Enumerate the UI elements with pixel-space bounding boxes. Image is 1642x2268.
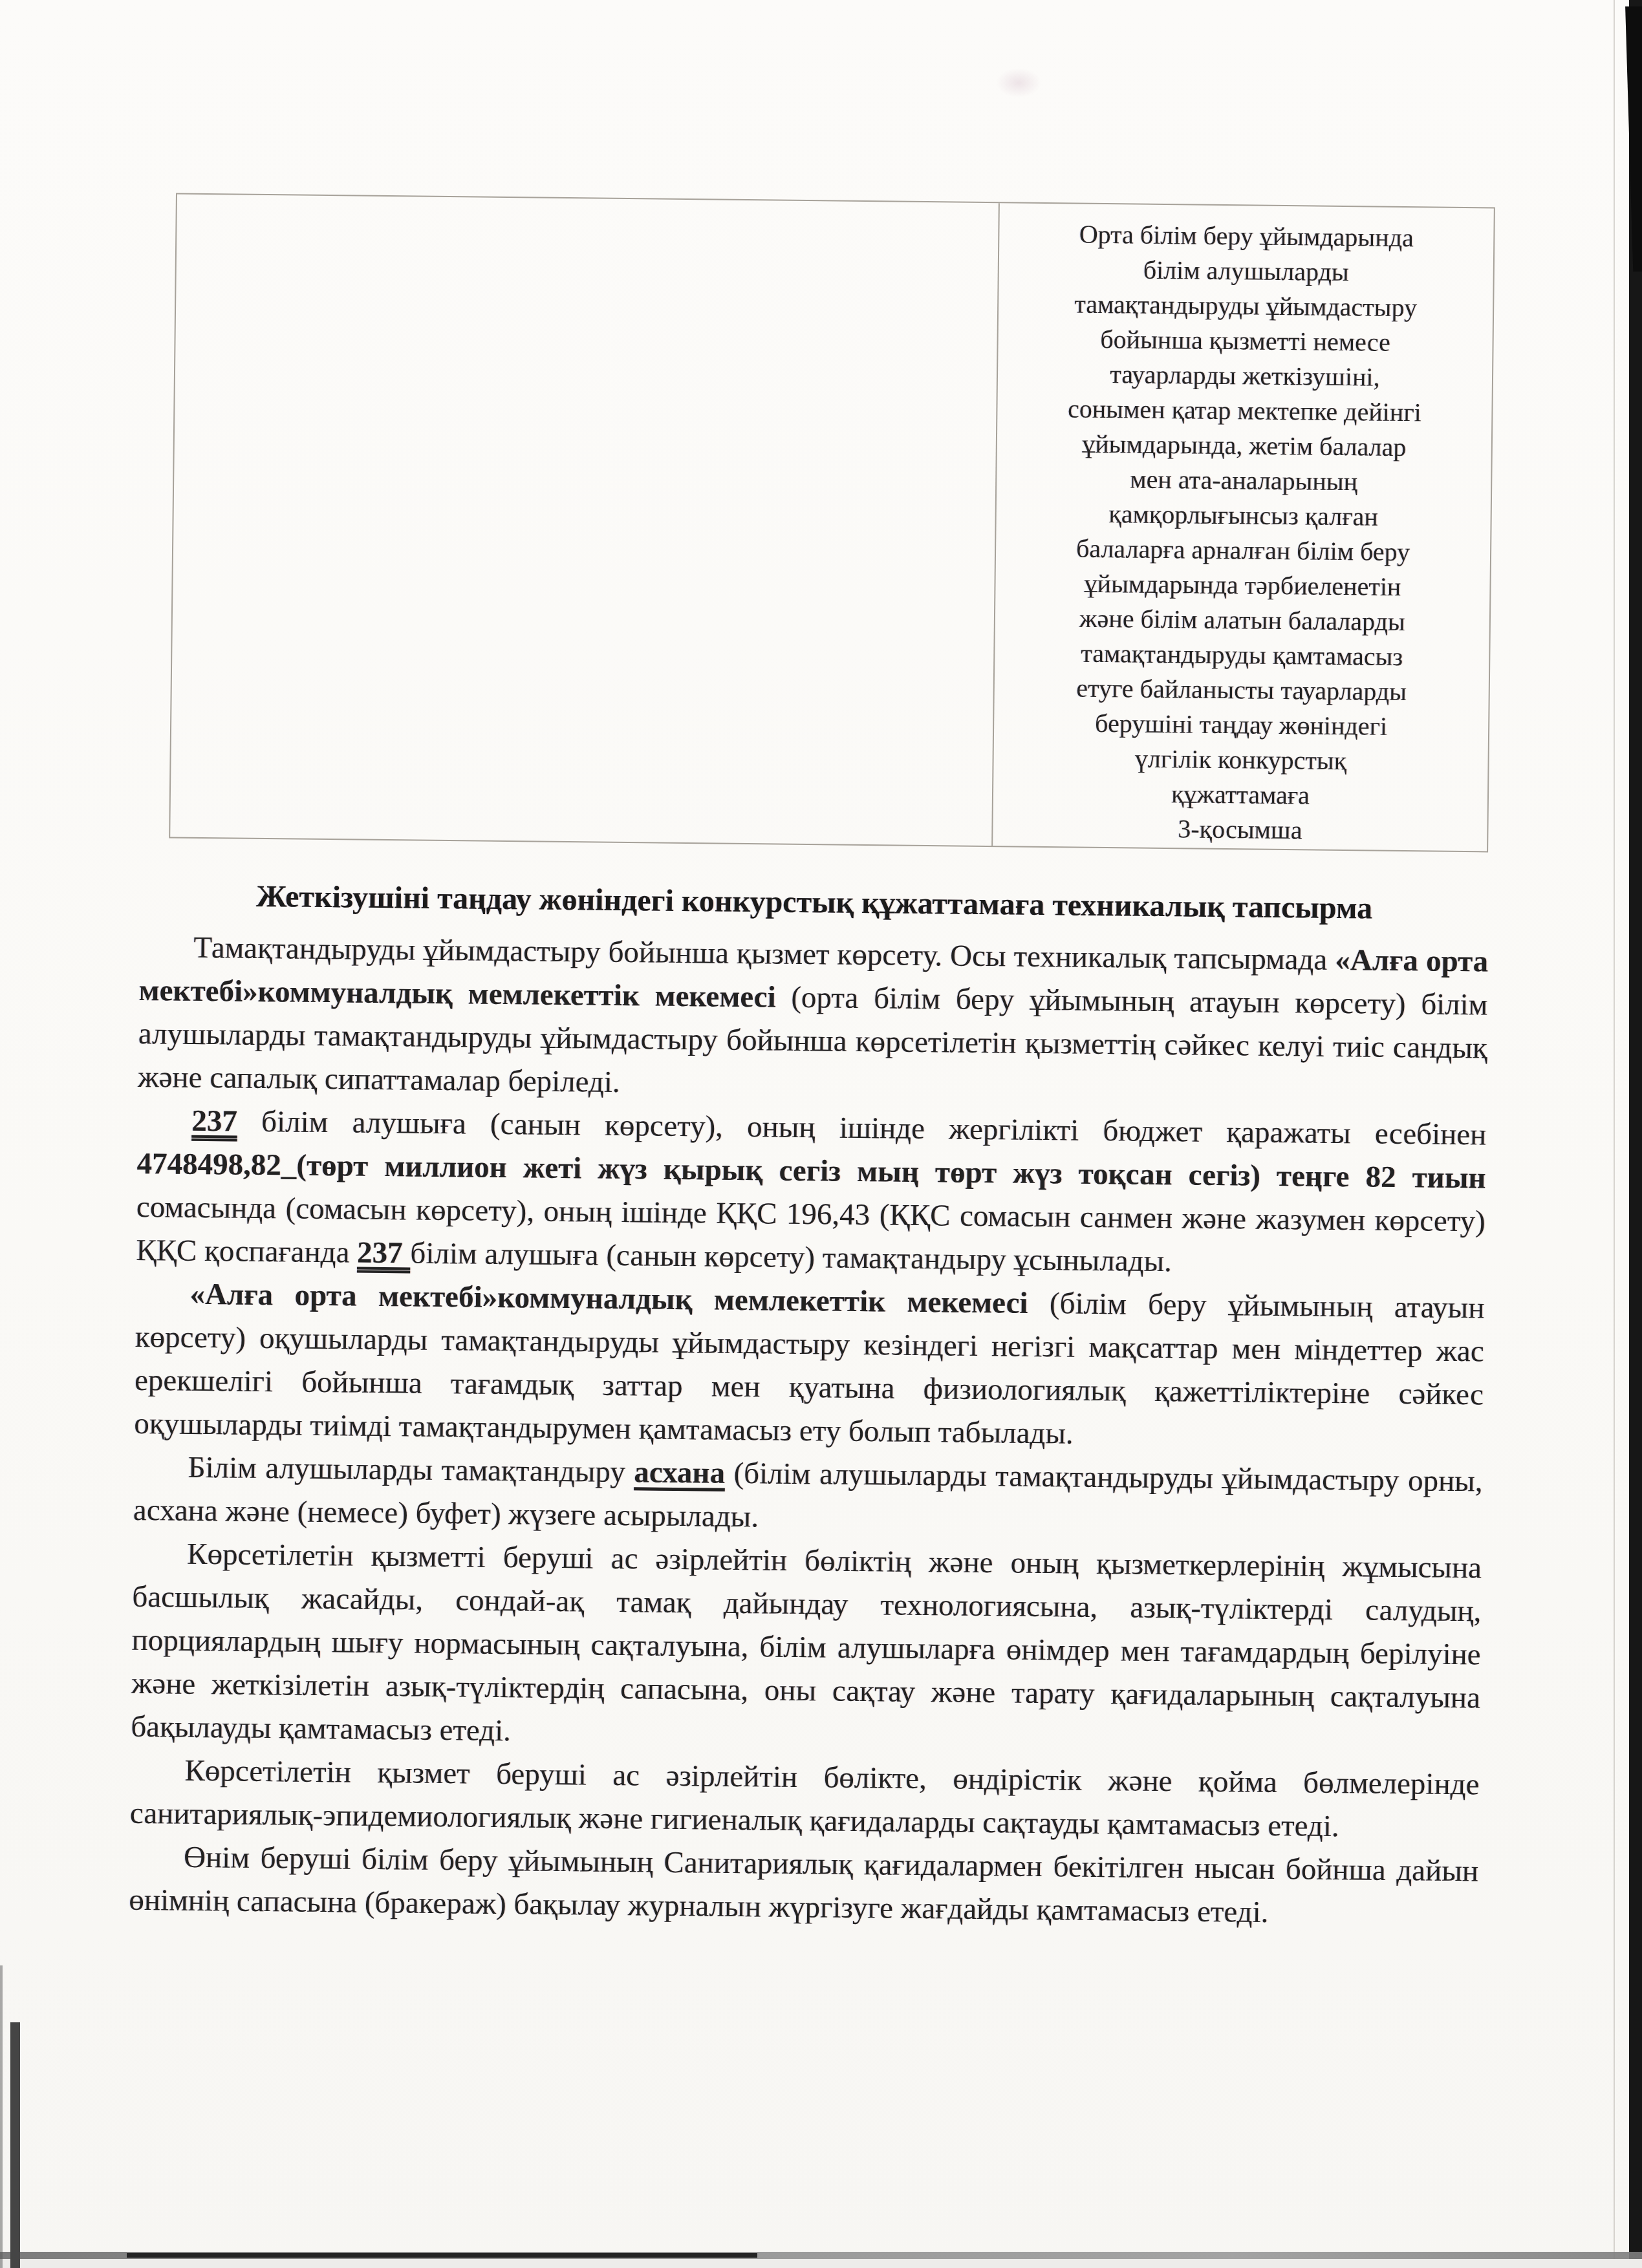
emphasized-text: асхана — [634, 1455, 725, 1490]
appendix-table-empty-cell — [170, 194, 1000, 846]
appendix-note-line: ұйымдарында, жетім балалар — [1014, 426, 1475, 466]
scanner-edge-left-strip — [10, 2022, 20, 2268]
text-run: Көрсетілетін қызмет беруші ас әзірлейтін… — [130, 1754, 1480, 1843]
paragraph: Тамақтандыруды ұйымдастыру бойынша қызме… — [138, 926, 1489, 1114]
scanner-bottom-left-line — [127, 2253, 757, 2258]
paragraph: «Алға орта мектебі»коммуналдық мемлекетт… — [134, 1272, 1485, 1460]
text-run: білім алушыға (санын көрсету), оның ішін… — [237, 1105, 1487, 1152]
appendix-note-line: сонымен қатар мектепке дейінгі — [1014, 391, 1475, 431]
text-run: Білім алушыларды тамақтандыру — [188, 1451, 634, 1489]
appendix-note-line: білім алушыларды — [1016, 251, 1477, 292]
text-run: Тамақтандыруды ұйымдастыру бойынша қызме… — [193, 931, 1335, 977]
scan-smudge — [996, 68, 1041, 98]
appendix-note-line: тамақтандыруды ұйымдастыру — [1015, 286, 1476, 326]
appendix-note-line: қамқорлығынсыз қалған — [1013, 496, 1474, 536]
emphasized-text: 237 — [357, 1236, 411, 1270]
appendix-note-line: тауарларды жеткізушіні, — [1015, 356, 1476, 396]
appendix-note: Орта білім беру ұйымдарындабілім алушыла… — [993, 203, 1494, 851]
scanner-edge-left-faint — [0, 1965, 3, 2268]
appendix-note-line: ұйымдарында тәрбиеленетін — [1012, 566, 1473, 606]
scanner-edge-bottom-pale — [0, 2259, 1642, 2268]
text-run: Көрсетілетін қызметті беруші ас әзірлейт… — [131, 1537, 1482, 1748]
appendix-note-line: етуге байланысты тауарларды — [1011, 670, 1473, 711]
scanner-edge-right — [1629, 0, 1642, 2268]
appendix-note-line: Орта білім беру ұйымдарында — [1016, 217, 1477, 257]
appendix-note-line: құжаттамаға — [1010, 775, 1471, 815]
appendix-note-line: бойынша қызметті немесе — [1015, 321, 1476, 361]
emphasized-text: 237 — [191, 1104, 237, 1139]
paper-edge-line — [1614, 0, 1615, 2268]
paragraph: 237 білім алушыға (санын көрсету), оның … — [136, 1099, 1487, 1287]
appendix-note-line: және білім алатын балаларды — [1012, 601, 1473, 641]
appendix-note-line: үлгілік конкурстық — [1010, 740, 1471, 780]
paragraph: Білім алушыларды тамақтандыру асхана (бі… — [133, 1446, 1483, 1547]
paragraph: Өнім беруші білім беру ұйымының Санитари… — [129, 1835, 1478, 1937]
emphasized-text: «Алға орта мектебі»коммуналдық мемлекетт… — [189, 1278, 1050, 1320]
appendix-note-line: балаларға арналған білім беру — [1013, 531, 1474, 571]
appendix-note-line: берушіні таңдау жөніндегі — [1011, 705, 1472, 745]
paragraph: Көрсетілетін қызметті беруші ас әзірлейт… — [131, 1532, 1482, 1764]
document-content: Орта білім беру ұйымдарындабілім алушыла… — [129, 193, 1496, 1936]
emphasized-text: 4748498,82_(төрт миллион жеті жүз қырық … — [136, 1147, 1485, 1195]
text-run: білім алушыға (санын көрсету) тамақтанды… — [410, 1236, 1172, 1278]
appendix-note-line: 3-қосымша — [1010, 809, 1471, 850]
document-title: Жеткізушіні таңдау жөніндегі конкурстық … — [140, 877, 1489, 929]
body-paragraphs: Тамақтандыруды ұйымдастыру бойынша қызме… — [129, 926, 1489, 1936]
text-run: Өнім беруші білім беру ұйымының Санитари… — [129, 1841, 1478, 1929]
appendix-note-line: мен ата-аналарының — [1013, 461, 1475, 501]
appendix-note-line: тамақтандыруды қамтамасыз — [1011, 636, 1473, 676]
scanned-document-page: Орта білім беру ұйымдарындабілім алушыла… — [0, 0, 1642, 2268]
paragraph: Көрсетілетін қызмет беруші ас әзірлейтін… — [130, 1749, 1480, 1850]
appendix-header-table: Орта білім беру ұйымдарындабілім алушыла… — [169, 193, 1495, 852]
